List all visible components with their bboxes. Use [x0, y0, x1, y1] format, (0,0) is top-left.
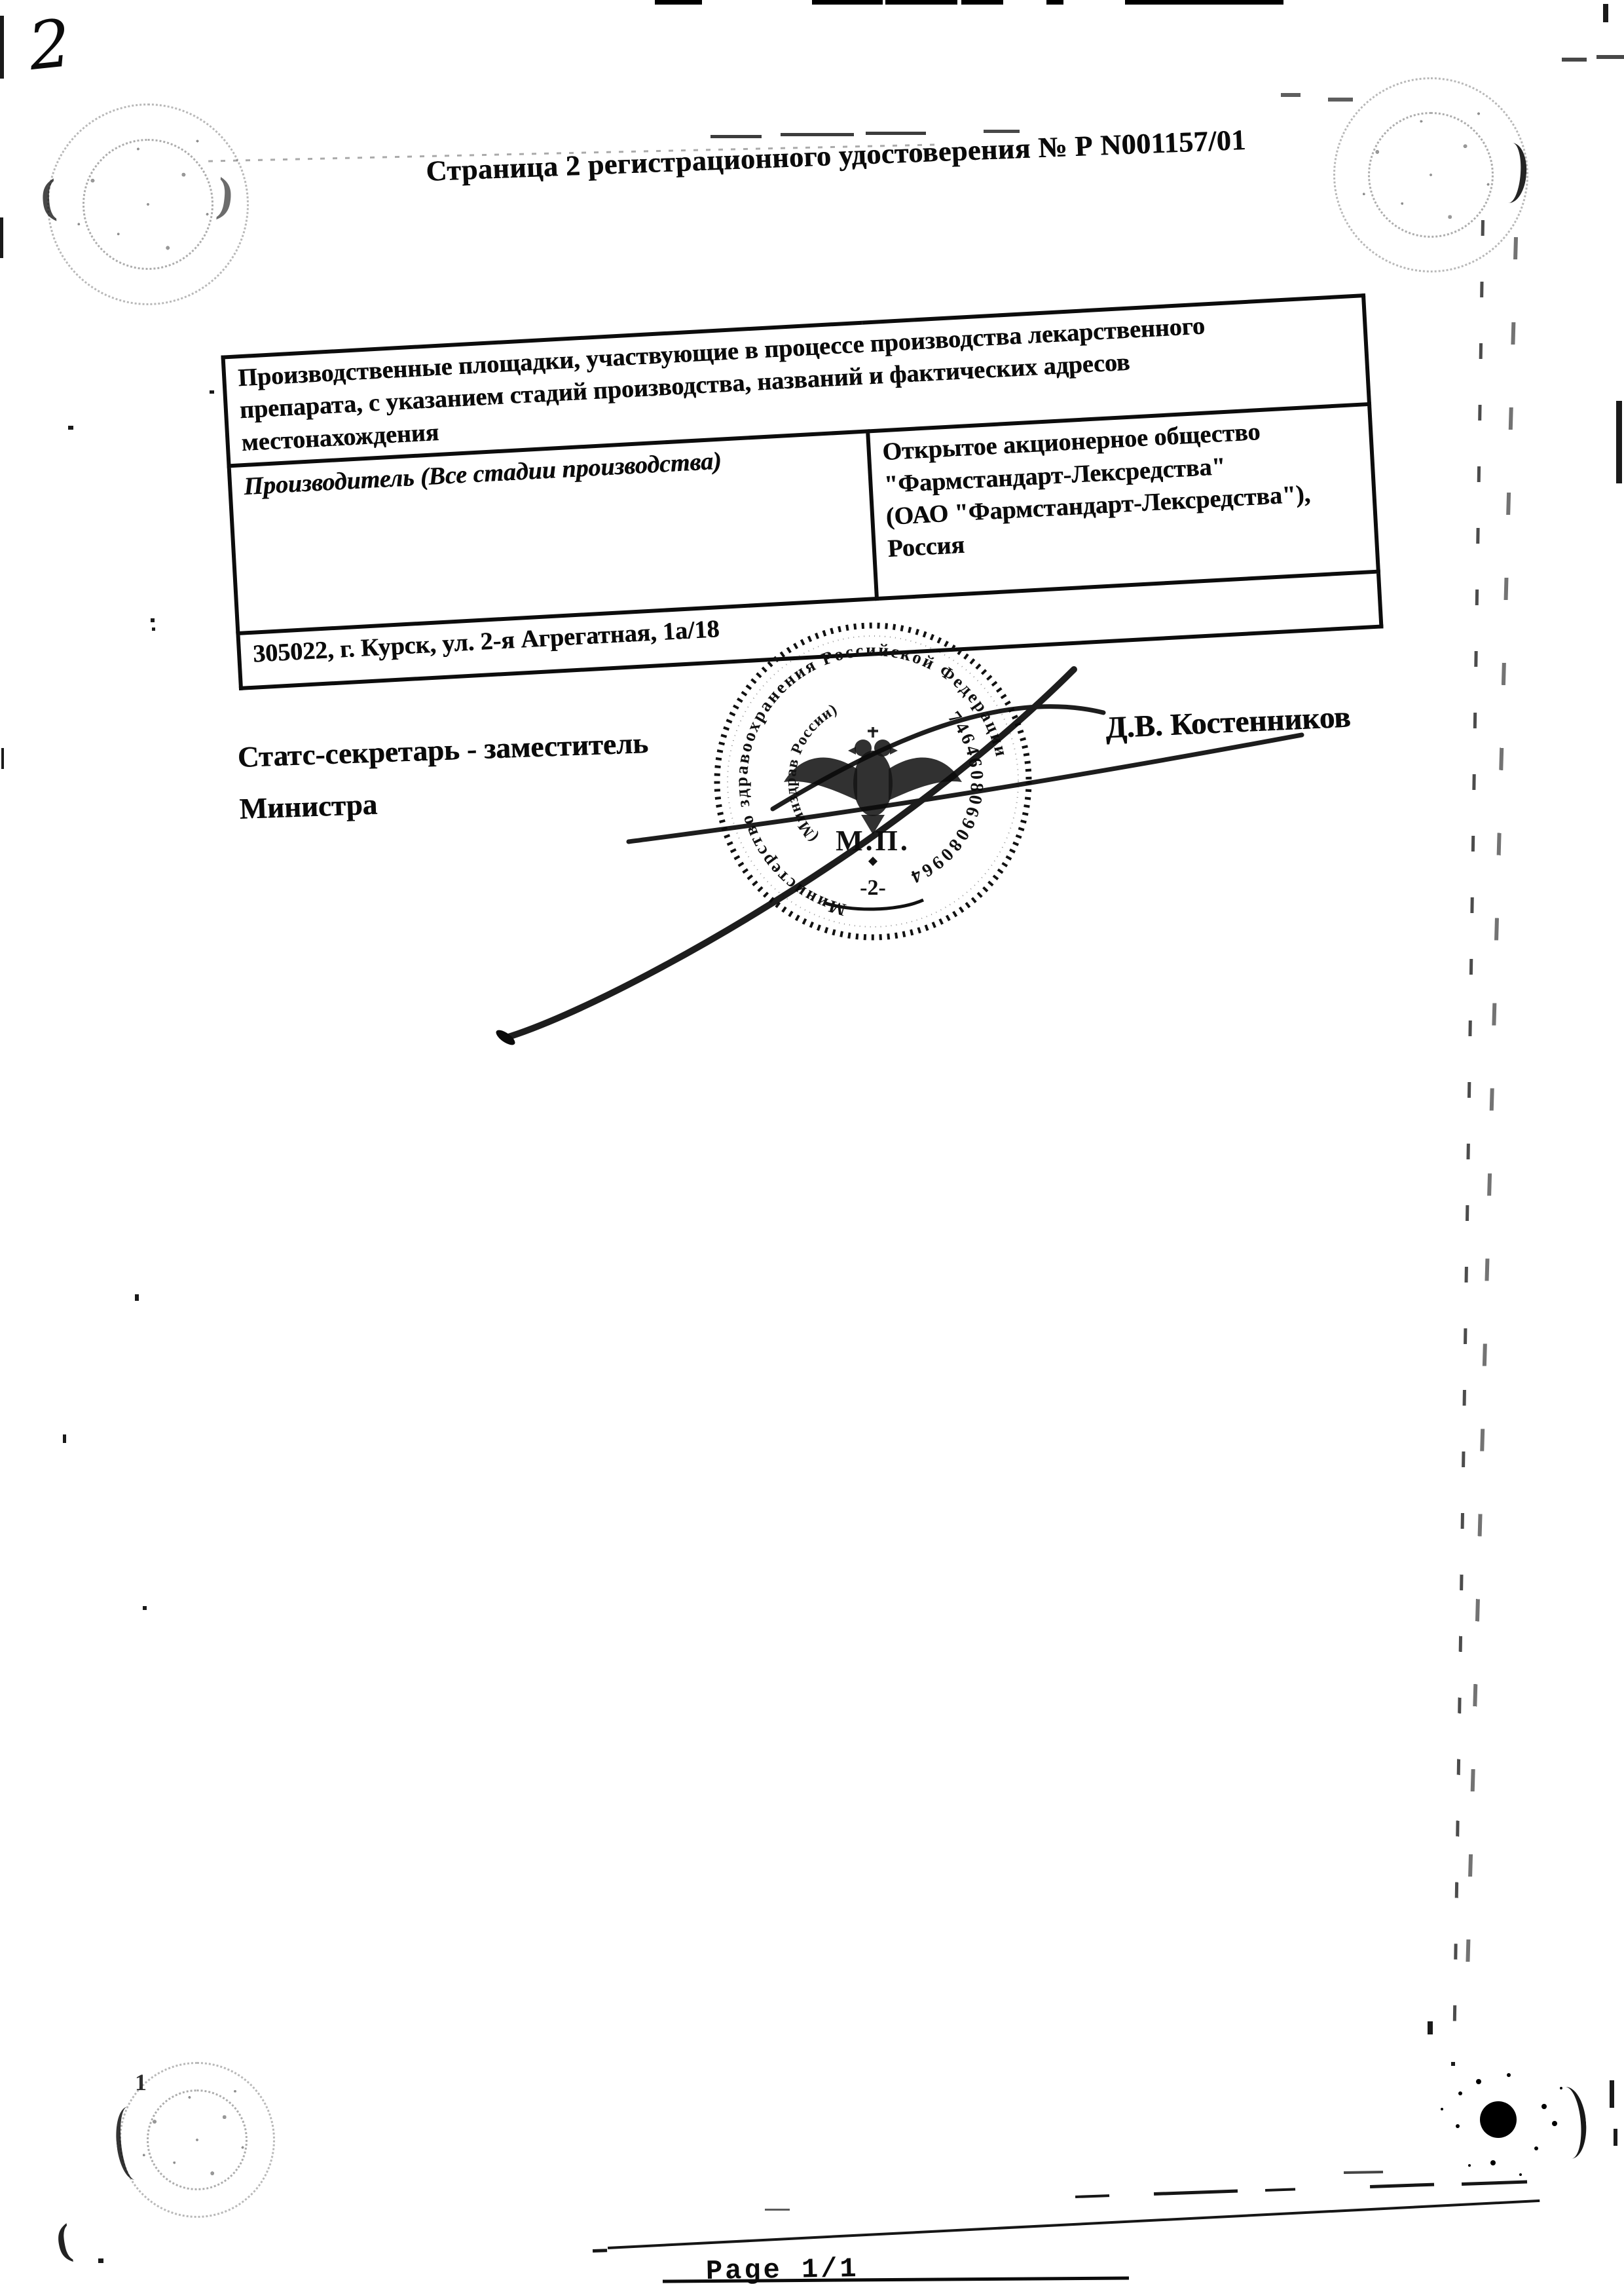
- signature-ink-strokes: [393, 537, 1375, 1094]
- scan-dash: [710, 135, 762, 138]
- scan-dash: [1154, 2190, 1238, 2196]
- scan-speck: [143, 1606, 147, 1610]
- scan-edge-dash: [885, 0, 957, 5]
- scan-dash: [1265, 2188, 1295, 2192]
- scan-crease-line: [608, 2200, 1540, 2249]
- scan-dash: [984, 130, 1020, 133]
- scan-speck: [63, 1434, 66, 1443]
- scan-dash: [866, 132, 926, 135]
- scan-edge-bar: [1616, 401, 1622, 483]
- scan-edge-bar: [1603, 4, 1608, 22]
- scan-dash: [1562, 58, 1587, 62]
- scan-edge-bar: [1610, 2080, 1614, 2108]
- scan-speck: [98, 2258, 103, 2263]
- scan-speck: [152, 627, 155, 631]
- scan-dash: [781, 133, 854, 136]
- scan-edge-dash: [1046, 0, 1063, 5]
- scan-dash: [1596, 55, 1624, 59]
- scan-dash: [593, 2249, 607, 2253]
- scan-dash: [1328, 98, 1353, 102]
- stamp-arc-artifact: [1547, 2086, 1589, 2160]
- stray-paren-mark: (: [52, 2215, 75, 2266]
- scan-dash: [1075, 2194, 1109, 2198]
- punch-hole-dot: [1480, 2101, 1517, 2138]
- scan-speck: [210, 390, 214, 394]
- scan-dash: [1344, 2171, 1383, 2174]
- handwritten-page-number: 2: [25, 5, 75, 85]
- scan-speck: [68, 426, 73, 430]
- scan-edge-dash: [1125, 0, 1283, 5]
- scan-speck: [1428, 2021, 1433, 2034]
- scan-fold-trail: [1452, 220, 1485, 2048]
- scan-edge-dash: [961, 0, 1003, 5]
- scan-dash: [1370, 2183, 1434, 2188]
- scan-edge-bar: [0, 217, 3, 258]
- scan-fold-trail: [1464, 237, 1518, 2018]
- scan-speck: [1451, 2062, 1455, 2066]
- scan-edge-bar: [1614, 2129, 1617, 2146]
- scan-dash: [1462, 2181, 1527, 2186]
- scan-speck: [135, 1294, 139, 1301]
- scan-dash: [1281, 93, 1301, 97]
- stray-digit-mark: 1: [135, 2069, 147, 2096]
- scanned-document-page: 2 Страница 2 регистрационного удостовере…: [0, 0, 1624, 2284]
- scan-speck: [151, 618, 155, 622]
- scan-edge-bar: [1, 748, 4, 769]
- scan-edge-bar: [0, 16, 4, 79]
- scan-edge-dash: [655, 0, 702, 5]
- scan-dash: [765, 2209, 790, 2211]
- scan-edge-dash: [812, 0, 883, 5]
